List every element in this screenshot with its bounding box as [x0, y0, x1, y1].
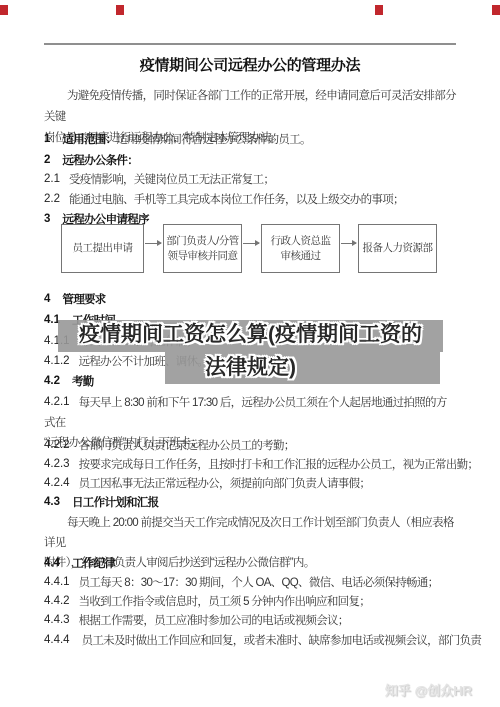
clause-4-4-1: 4.4.1员工每天 8：30～17：30 期间，个人 OA、QQ、微信、电话必须…	[44, 573, 456, 593]
flow-arrow-icon	[145, 243, 161, 244]
paragraph-line-1: 每天晚上 20:00 前提交当天工作完成情况及次日工作计划至部门负责人（相应表格…	[44, 513, 456, 553]
clause-text: 能通过电脑、手机等工具完成本岗位工作任务，以及上级交办的事项；	[69, 194, 404, 206]
flow-step-label: 领导审核并同意	[168, 249, 238, 264]
clause-4-4-2: 4.4.2当收到工作指令或信息时，员工须 5 分钟内作出响应和回复；	[44, 592, 456, 612]
clause-text: 按要求完成每日工作任务，且按时打卡和工作汇报的远程办公员工，视为正常出勤；	[79, 459, 479, 471]
clause-number: 1	[44, 133, 50, 145]
clause-4-2-2: 4.2.2各部门负责人负责记录远程办公员工的考勤；	[44, 436, 456, 456]
clause-2: 2远程办公条件：	[44, 151, 456, 171]
overlay-title-line-1: 疫情期间工资怎么算(疫情期间工资的	[58, 319, 443, 351]
clause-number: 2	[44, 154, 50, 166]
intro-line-1: 为避免疫情传播，同时保证各部门工作的正常开展，经申请同意后可灵活安排部分关键	[44, 86, 456, 128]
clause-number: 4.4.2	[44, 595, 70, 607]
clause-4-3: 4.3日工作计划和汇报	[44, 493, 456, 513]
flow-step-label: 部门负责人/分管	[166, 234, 238, 249]
clause-1: 1适用范围：适用疫情期间符合远程办公条件的员工。	[44, 130, 456, 150]
clause-number: 4.4.1	[44, 576, 70, 588]
clause-number: 4	[44, 293, 50, 305]
top-red-marker	[116, 5, 124, 15]
top-red-marker	[375, 5, 383, 15]
clause-4-2-3: 4.2.3按要求完成每日工作任务，且按时打卡和工作汇报的远程办公员工，视为正常出…	[44, 455, 456, 475]
flow-arrow-icon	[341, 243, 356, 244]
clause-label: 管理要求	[62, 294, 105, 306]
header-divider-line	[44, 43, 456, 45]
overlay-title-line-2: 法律规定)	[58, 352, 443, 384]
clause-number: 4.4.3	[44, 614, 70, 626]
clause-number: 2.1	[44, 173, 60, 185]
top-red-marker	[492, 5, 500, 15]
clause-number: 4.2.2	[44, 439, 70, 451]
clause-number: 4.2.4	[44, 477, 70, 489]
flow-step-3: 行政人资总监 审核通过	[261, 224, 340, 273]
zhihu-watermark: 知乎 @创众HR	[385, 680, 472, 699]
flow-arrow-icon	[243, 243, 259, 244]
clause-4-2-4: 4.2.4员工因私事无法正常远程办公，须提前向部门负责人请事假；	[44, 474, 456, 494]
clause-4-4-4: 4.4.4员工未及时做出工作回应和回复，或者未准时、缺席参加电话或视频会议，部门…	[44, 631, 456, 651]
clause-number: 4.4.4	[44, 634, 70, 646]
flow-step-4: 报备人力资源部	[358, 224, 437, 273]
flow-step-2: 部门负责人/分管 领导审核并同意	[163, 224, 242, 273]
clause-label: 日工作计划和汇报	[72, 497, 158, 509]
clause-text: 员工因私事无法正常远程办公，须提前向部门负责人请事假；	[79, 478, 371, 490]
clause-number: 3	[44, 213, 50, 225]
clause-text: 员工每天 8：30～17：30 期间，个人 OA、QQ、微信、电话必须保持畅通；	[79, 577, 439, 589]
clause-text: 受疫情影响，关键岗位员工无法正常复工；	[69, 174, 274, 186]
flow-step-label: 员工提出申请	[73, 241, 133, 256]
clause-number: 2.2	[44, 193, 60, 205]
flow-step-label: 审核通过	[281, 249, 321, 264]
flow-step-1: 员工提出申请	[61, 224, 144, 273]
clause-4-4-3: 4.4.3根据工作需要，员工应准时参加公司的电话或视频会议；	[44, 611, 456, 631]
top-red-marker	[0, 5, 8, 15]
clause-text: 员工未及时做出工作回应和回复，或者未准时、缺席参加电话或视频会议，部门负责	[82, 635, 482, 647]
clause-label: 适用范围：	[62, 134, 116, 146]
clause-number: 4.2.3	[44, 458, 70, 470]
clause-4-4: 4.4工作纪律	[44, 554, 456, 574]
clause-text: 每天早上 8:30 前和下午 17:30 后，远程办公员工须在个人起居地通过拍照…	[44, 397, 447, 429]
flow-step-label: 行政人资总监	[271, 234, 331, 249]
clause-label: 工作纪律	[72, 558, 115, 570]
clause-4: 4管理要求	[44, 290, 456, 310]
clause-number: 4.3	[44, 496, 60, 508]
clause-text: 各部门负责人负责记录远程办公员工的考勤；	[79, 440, 295, 452]
clause-text: 适用疫情期间符合远程办公条件的员工。	[116, 134, 310, 146]
clause-2-2: 2.2能通过电脑、手机等工具完成本岗位工作任务，以及上级交办的事项；	[44, 190, 456, 210]
clause-number: 4.2.1	[44, 396, 70, 408]
clause-number: 4.4	[44, 557, 60, 569]
clause-2-1: 2.1受疫情影响，关键岗位员工无法正常复工；	[44, 170, 456, 190]
clause-text: 当收到工作指令或信息时，员工须 5 分钟内作出响应和回复；	[79, 596, 370, 608]
document-page: 疫情期间公司远程办公的管理办法 为避免疫情传播，同时保证各部门工作的正常开展，经…	[0, 0, 500, 707]
clause-text: 根据工作需要，员工应准时参加公司的电话或视频会议；	[79, 615, 349, 627]
doc-title: 疫情期间公司远程办公的管理办法	[44, 54, 456, 75]
clause-label: 远程办公条件：	[62, 155, 138, 167]
flow-step-label: 报备人力资源部	[363, 241, 433, 256]
